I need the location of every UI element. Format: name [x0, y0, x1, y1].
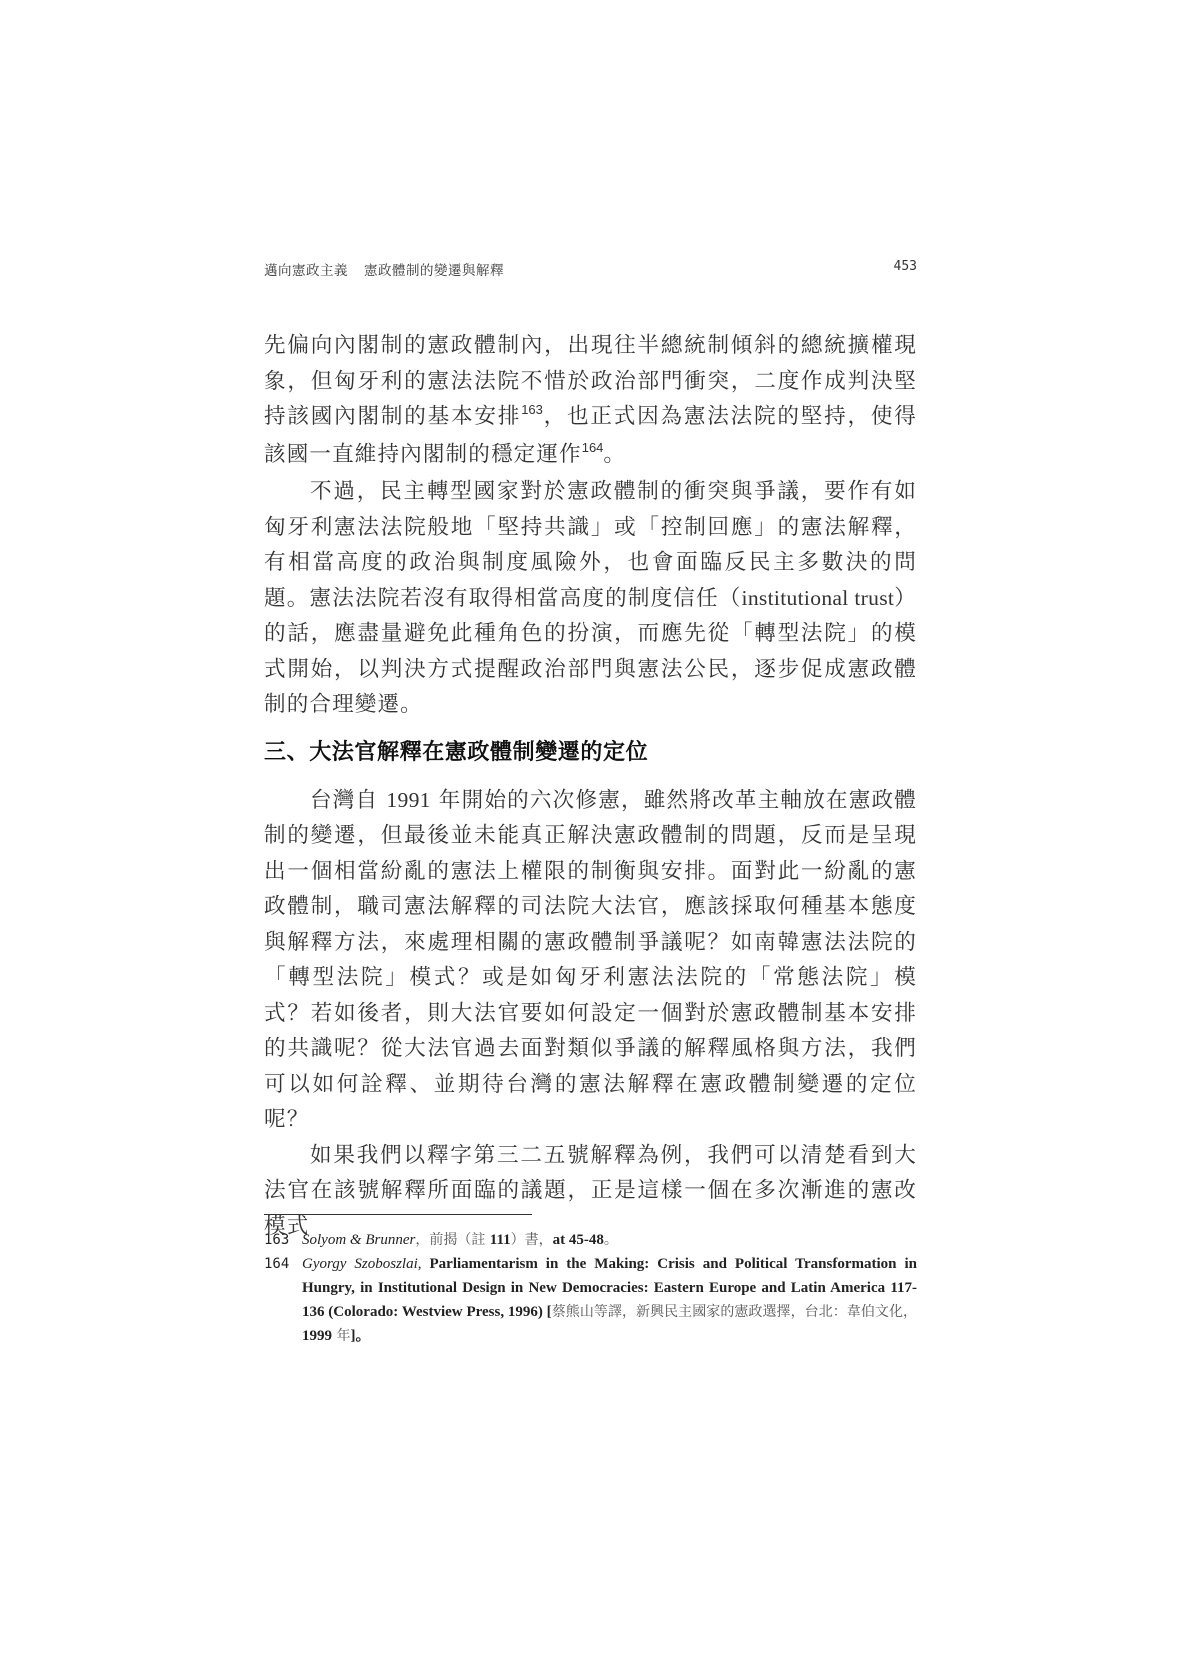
footnote-year: 1999 — [302, 1328, 332, 1344]
footnote-164: 164 Gyorgy Szoboszlai, Parliamentarism i… — [264, 1252, 917, 1348]
page-number: 453 — [894, 259, 917, 274]
footnote-author: Gyorgy Szoboszlai — [302, 1256, 418, 1272]
paragraph: 先偏向內閣制的憲政體制內，出現往半總統制傾斜的總統擴權現象，但匈牙利的憲法法院不… — [264, 328, 917, 474]
chapter-title: 憲政體制的變遷與解釋 — [364, 263, 504, 279]
footnote-ref-164[interactable]: 164 — [582, 440, 604, 455]
book-title: 邁向憲政主義 — [264, 263, 348, 279]
paragraph: 不過，民主轉型國家對於憲政體制的衝突與爭議，要作有如匈牙利憲法法院般地「堅持共識… — [264, 474, 917, 723]
footnote-number: 163 — [264, 1228, 289, 1252]
running-header: 邁向憲政主義憲政體制的變遷與解釋 453 — [264, 259, 917, 281]
footnote-text: , — [418, 1256, 430, 1272]
footnote-divider — [264, 1214, 532, 1215]
year-number: 1991 — [386, 788, 430, 812]
footnote-text: 年 — [332, 1328, 350, 1344]
paragraph-text: 如果我們以釋字第三二五號解釋為例，我們可以清楚看到大法官在該號解釋所面臨的議題，… — [264, 1143, 917, 1239]
section-heading: 三、大法官解釋在憲政體制變遷的定位 — [264, 737, 917, 769]
body-text: 先偏向內閣制的憲政體制內，出現往半總統制傾斜的總統擴權現象，但匈牙利的憲法法院不… — [264, 328, 917, 1244]
footnote-translation: 蔡熊山等譯，新興民主國家的憲政選擇，台北：韋伯文化， — [552, 1304, 917, 1320]
footnote-ref-163[interactable]: 163 — [521, 402, 543, 417]
footnote-pages: at 45-48 — [553, 1232, 604, 1248]
footnote-authors: Solyom & Brunner — [302, 1232, 415, 1248]
footnote-text: 。 — [604, 1232, 618, 1248]
footnote-163: 163 Solyom & Brunner，前揭（註 111）書，at 45-48… — [264, 1228, 917, 1252]
footnotes: 163 Solyom & Brunner，前揭（註 111）書，at 45-48… — [264, 1228, 917, 1348]
paragraph-text: 台灣自 — [310, 788, 386, 813]
latin-term: institutional trust — [742, 586, 895, 610]
paragraph-text: 。 — [603, 442, 626, 467]
running-header-title: 邁向憲政主義憲政體制的變遷與解釋 — [264, 259, 504, 279]
footnote-text: ，前揭（註 — [415, 1232, 489, 1248]
footnote-cross-ref: 111 — [490, 1232, 511, 1248]
footnote-text: ]。 — [350, 1328, 370, 1344]
footnote-text: ）書， — [511, 1232, 553, 1248]
paragraph-text: 年開始的六次修憲，雖然將改革主軸放在憲政體制的變遷，但最後並未能真正解決憲政體制… — [264, 788, 917, 1133]
footnote-number: 164 — [264, 1252, 289, 1276]
paragraph: 台灣自 1991 年開始的六次修憲，雖然將改革主軸放在憲政體制的變遷，但最後並未… — [264, 783, 917, 1138]
